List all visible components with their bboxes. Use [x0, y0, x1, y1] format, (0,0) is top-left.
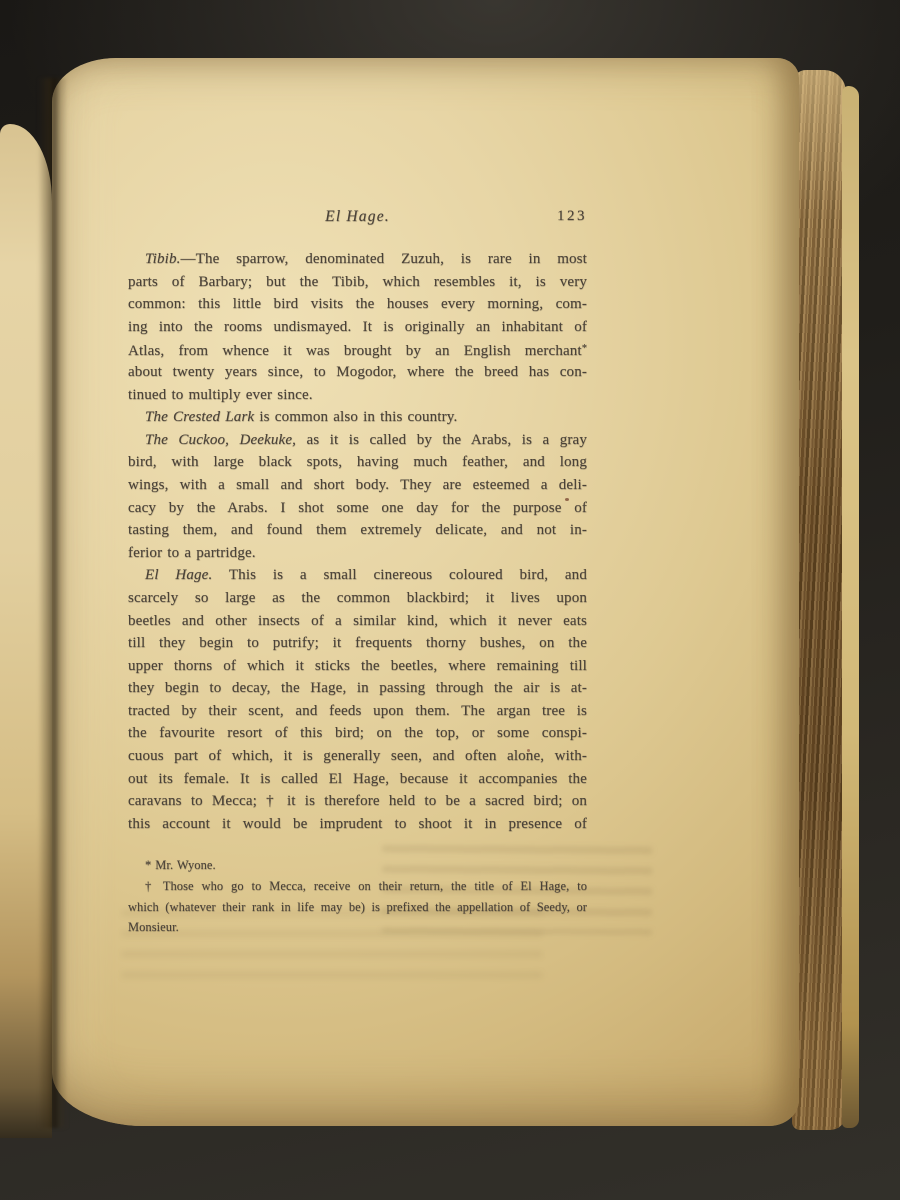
- footnotes: * Mr. Wyone.† Those who go to Mecca, rec…: [128, 855, 587, 937]
- text-line: tinued to multiply ever since.: [128, 384, 587, 407]
- page-number: 123: [557, 208, 587, 225]
- text-segment: upper thorns of which it sticks the beet…: [128, 658, 587, 674]
- text-segment: common: this little bird visits the hous…: [128, 296, 587, 312]
- text-segment: —The sparrow, denominated Zuzuh, is rare…: [181, 251, 588, 267]
- book-page: El Hage. 123 Tibib.—The sparrow, denomin…: [52, 58, 799, 1126]
- text-line: parts of Barbary; but the Tibib, which r…: [128, 271, 587, 294]
- text-line: scarcely so large as the common blackbir…: [128, 587, 587, 610]
- text-segment: this account it would be imprudent to sh…: [128, 816, 587, 832]
- book-gutter-shadow: [38, 78, 68, 1128]
- text-segment: ferior to a partridge.: [128, 545, 256, 561]
- text-line: ing into the rooms undismayed. It is ori…: [128, 316, 587, 339]
- text-line: Atlas, from whence it was brought by an …: [128, 338, 587, 361]
- text-line: which (whatever their rank in life may b…: [128, 897, 587, 918]
- text-segment: † Those who go to Mecca, receive on thei…: [145, 879, 587, 893]
- text-line: upper thorns of which it sticks the beet…: [128, 655, 587, 678]
- text-segment: tasting them, and found them extremely d…: [128, 522, 587, 538]
- text-line: The Cuckoo, Deekuke, as it is called by …: [128, 429, 587, 452]
- text-segment: ing into the rooms undismayed. It is ori…: [128, 319, 587, 335]
- text-segment: scarcely so large as the common blackbir…: [128, 590, 587, 606]
- text-line: * Mr. Wyone.: [128, 855, 587, 876]
- text-segment: they begin to decay, the Hage, in passin…: [128, 680, 587, 696]
- text-segment: as it is called by the Arabs, is a gray: [296, 432, 587, 448]
- text-segment: caravans to Mecca; † it is therefore hel…: [128, 793, 587, 809]
- body-text: Tibib.—The sparrow, denominated Zuzuh, i…: [128, 248, 587, 835]
- page-text-block: El Hage. 123 Tibib.—The sparrow, denomin…: [128, 208, 587, 938]
- italic-text-segment: El Hage.: [145, 567, 212, 583]
- text-line: out its female. It is called El Hage, be…: [128, 768, 587, 791]
- text-segment: bird, with large black spots, having muc…: [128, 454, 587, 470]
- italic-text-segment: The Crested Lark: [145, 409, 254, 425]
- text-segment: which (whatever their rank in life may b…: [128, 900, 587, 914]
- outer-page-leaf: [842, 86, 859, 1128]
- text-line: they begin to decay, the Hage, in passin…: [128, 677, 587, 700]
- text-line: cuous part of which, it is generally see…: [128, 745, 587, 768]
- text-segment: out its female. It is called El Hage, be…: [128, 771, 587, 787]
- text-line: Monsieur.: [128, 917, 587, 938]
- text-segment: till they begin to putrify; it frequents…: [128, 635, 587, 651]
- text-line: this account it would be imprudent to sh…: [128, 813, 587, 836]
- text-segment: wings, with a small and short body. They…: [128, 477, 587, 493]
- text-segment: beetles and other insects of a similar k…: [128, 613, 587, 629]
- text-segment: This is a small cinereous coloured bird,…: [212, 567, 587, 583]
- page-header: El Hage. 123: [128, 208, 587, 230]
- text-line: cacy by the Arabs. I shot some one day f…: [128, 497, 587, 520]
- text-line: El Hage. This is a small cinereous colou…: [128, 564, 587, 587]
- text-line: The Crested Lark is common also in this …: [128, 406, 587, 429]
- text-line: about twenty years since, to Mogodor, wh…: [128, 361, 587, 384]
- text-line: beetles and other insects of a similar k…: [128, 610, 587, 633]
- text-line: common: this little bird visits the hous…: [128, 293, 587, 316]
- text-segment: * Mr. Wyone.: [145, 858, 216, 872]
- text-line: wings, with a small and short body. They…: [128, 474, 587, 497]
- italic-text-segment: The Cuckoo, Deekuke,: [145, 432, 296, 448]
- text-line: Tibib.—The sparrow, denominated Zuzuh, i…: [128, 248, 587, 271]
- text-line: tracted by their scent, and feeds upon t…: [128, 700, 587, 723]
- text-segment: parts of Barbary; but the Tibib, which r…: [128, 274, 587, 290]
- text-segment: tinued to multiply ever since.: [128, 387, 313, 403]
- text-segment: *: [582, 343, 587, 354]
- text-line: tasting them, and found them extremely d…: [128, 519, 587, 542]
- text-segment: Atlas, from whence it was brought by an …: [128, 343, 582, 359]
- text-line: the favourite resort of this bird; on th…: [128, 722, 587, 745]
- photo-background: El Hage. 123 Tibib.—The sparrow, denomin…: [0, 0, 900, 1200]
- text-line: caravans to Mecca; † it is therefore hel…: [128, 790, 587, 813]
- text-line: bird, with large black spots, having muc…: [128, 451, 587, 474]
- page-stack-fore-edge: [792, 70, 846, 1130]
- text-segment: cuous part of which, it is generally see…: [128, 748, 587, 764]
- text-segment: Monsieur.: [128, 920, 179, 934]
- text-segment: cacy by the Arabs. I shot some one day f…: [128, 500, 587, 516]
- text-segment: is common also in this country.: [254, 409, 457, 425]
- text-line: ferior to a partridge.: [128, 542, 587, 565]
- running-title: El Hage.: [325, 208, 390, 226]
- text-segment: the favourite resort of this bird; on th…: [128, 725, 587, 741]
- text-segment: about twenty years since, to Mogodor, wh…: [128, 364, 587, 380]
- text-line: † Those who go to Mecca, receive on thei…: [128, 876, 587, 897]
- text-segment: tracted by their scent, and feeds upon t…: [128, 703, 587, 719]
- italic-text-segment: Tibib.: [145, 251, 181, 267]
- text-line: till they begin to putrify; it frequents…: [128, 632, 587, 655]
